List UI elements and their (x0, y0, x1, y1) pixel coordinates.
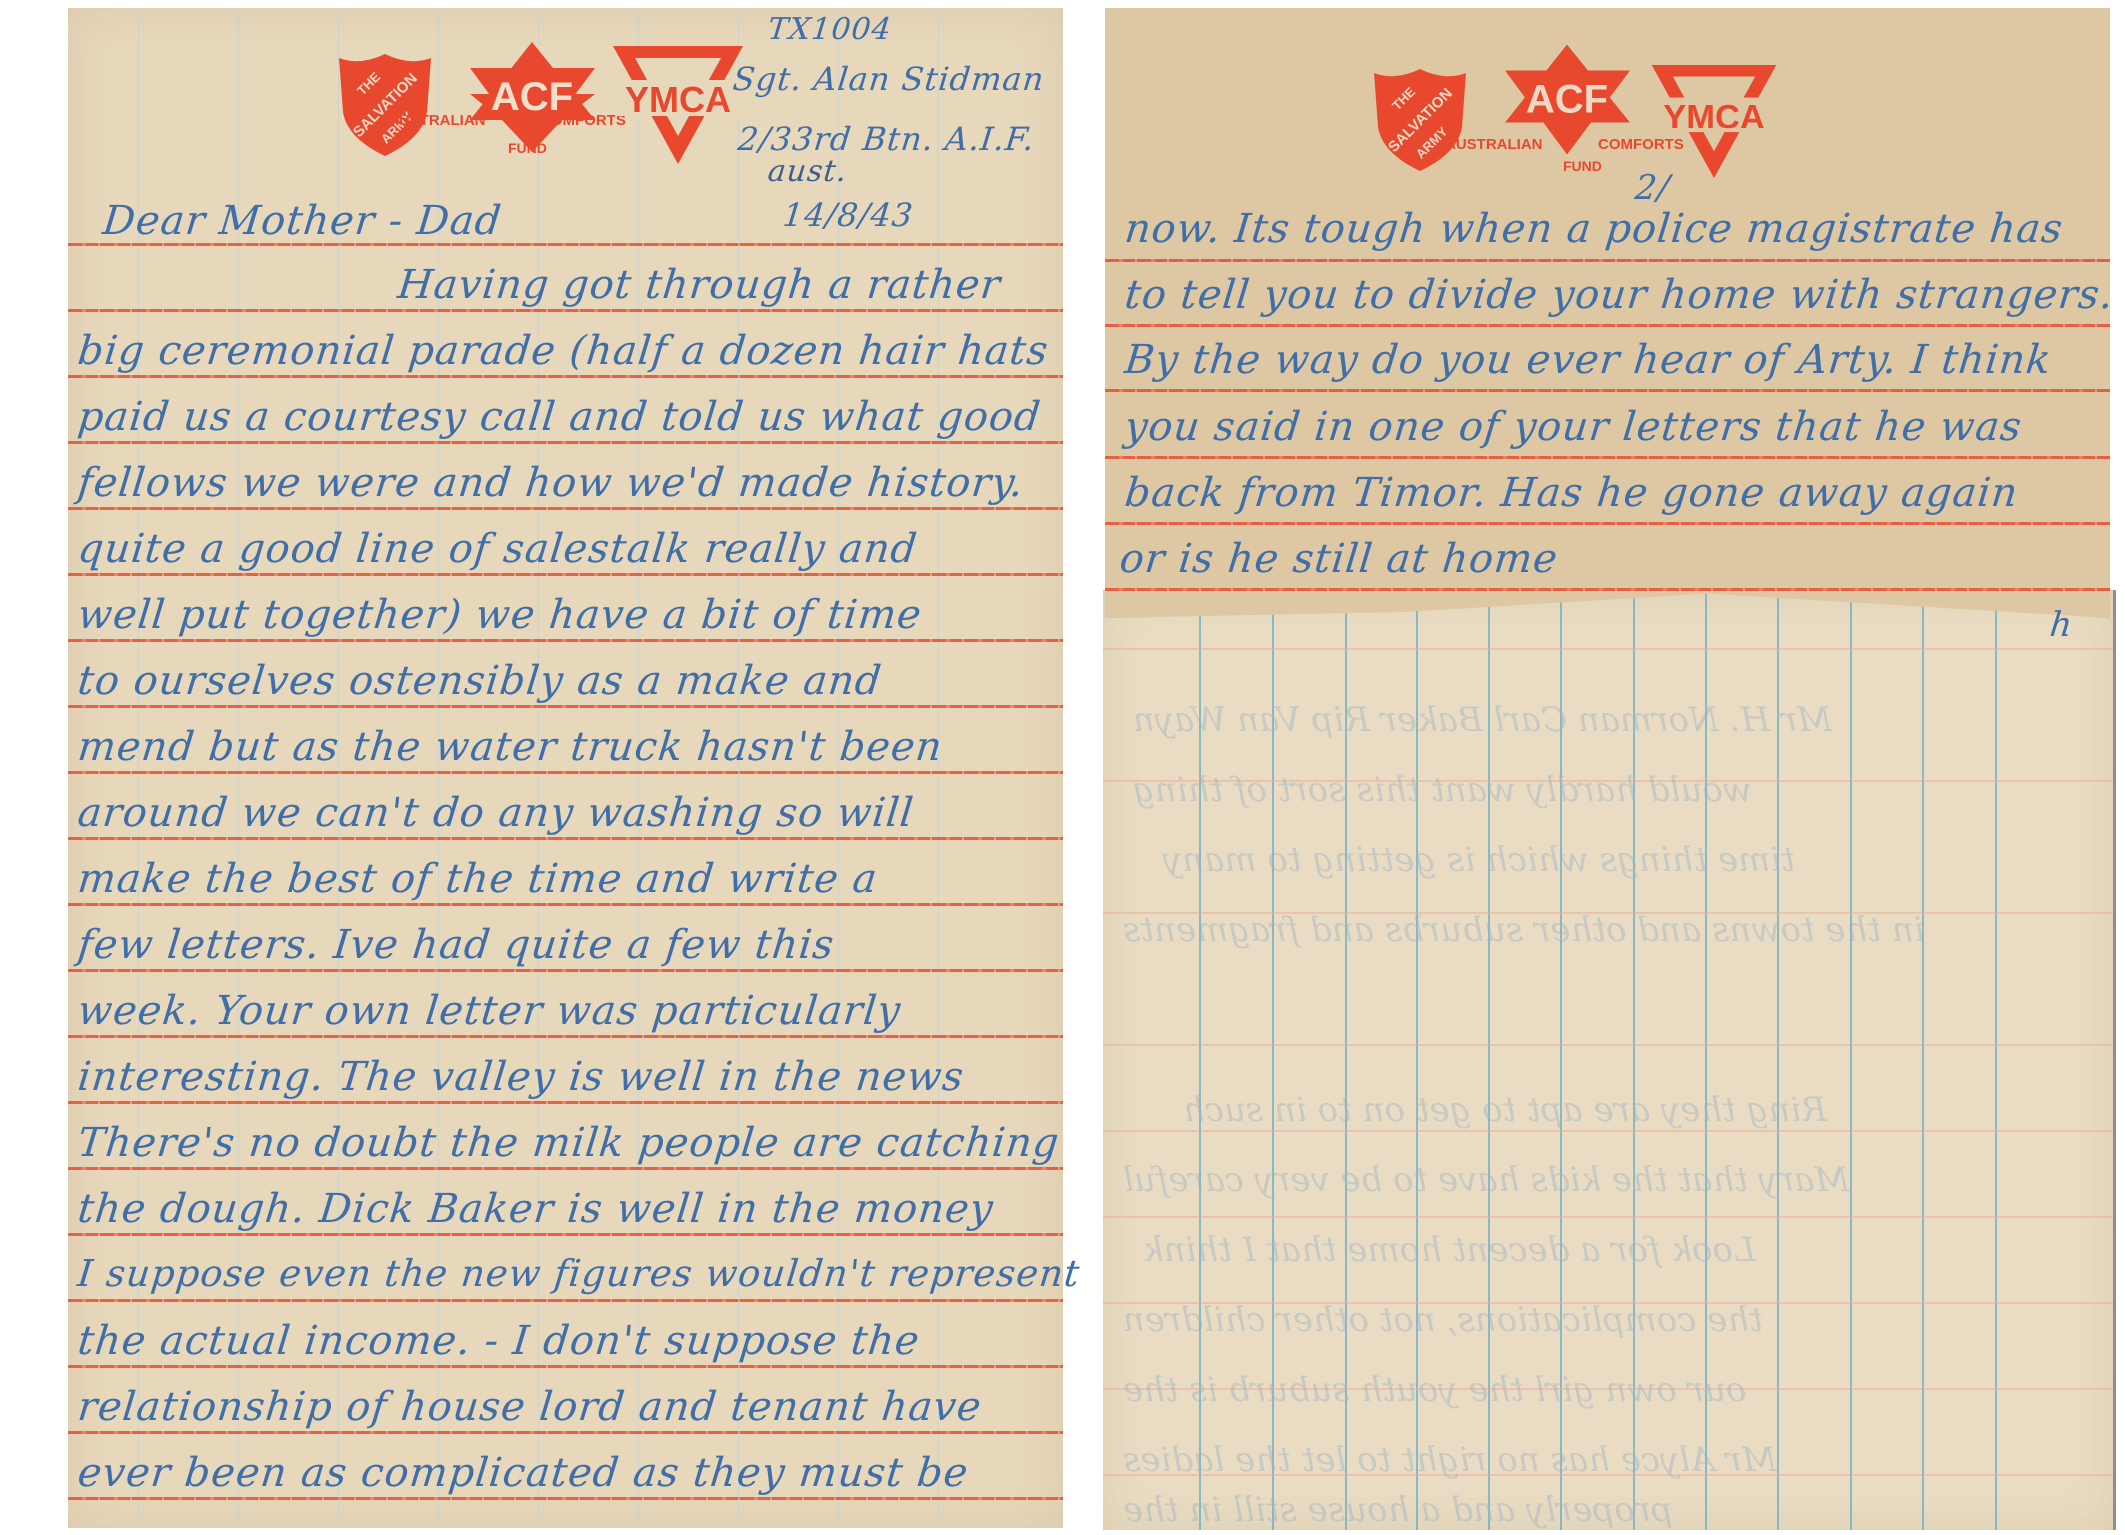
letter-line: make the best of the time and write a (76, 856, 880, 902)
letter-line: you said in one of your letters that he … (1123, 404, 2025, 450)
red-rule (68, 1365, 1063, 1368)
letter-line: few letters. Ive had quite a few this (76, 922, 837, 968)
letter-line: There's no doubt the milk people are cat… (76, 1120, 1062, 1166)
letter-line: the dough. Dick Baker is well in the mon… (76, 1186, 996, 1232)
red-rule (68, 375, 1063, 378)
letter-page-1: SALVATION THE ARMY ACF AUSTRALIAN COMFOR… (68, 8, 1063, 1528)
letter-line: now. Its tough when a police magistrate … (1123, 206, 2066, 252)
red-rule (1105, 259, 2110, 262)
red-rule (68, 1167, 1063, 1170)
svg-text:YMCA: YMCA (625, 79, 731, 120)
sender-country: aust. (766, 154, 849, 189)
acf-caption-left: AUSTRALIAN (388, 112, 486, 129)
bleed-through-line: Mr Alyce has no right to let the ladies (1123, 1440, 1777, 1480)
letter-line: big ceremonial parade (half a dozen hair… (76, 328, 1051, 374)
bleed-through-line: our own girl the youth suburb is the (1123, 1370, 1746, 1410)
service-number: TX1004 (766, 12, 893, 47)
letter-line: well put together) we have a bit of time (76, 592, 925, 638)
red-rule (68, 1233, 1063, 1236)
acf-caption-bottom: FUND (1563, 158, 1602, 174)
salutation: Dear Mother - Dad (101, 198, 504, 244)
svg-text:YMCA: YMCA (1663, 98, 1765, 136)
ymca-triangle-icon: YMCA (613, 46, 743, 166)
faint-rule (1103, 648, 2113, 650)
bleed-through-line: properly and a house still in the (1123, 1490, 1673, 1530)
letter-line: to ourselves ostensibly as a make and (76, 658, 885, 704)
red-rule (68, 771, 1063, 774)
letter-line: By the way do you ever hear of Arty. I t… (1123, 337, 2054, 383)
letter-line: back from Timor. Has he gone away again (1123, 470, 2021, 516)
red-rule (68, 309, 1063, 312)
sender-unit: 2/33rd Btn. A.I.F. (736, 120, 1037, 158)
salvation-army-shield-icon: SALVATION THE ARMY (1370, 65, 1470, 175)
bleed-through-line: Ring they are apt to get on to in such (1183, 1090, 1827, 1130)
red-rule (68, 837, 1063, 840)
letter-line: week. Your own letter was particularly (76, 988, 904, 1034)
ymca-triangle-icon: YMCA (1650, 65, 1778, 180)
red-rule (68, 1431, 1063, 1434)
red-rule (1105, 324, 2110, 327)
acf-caption-left: AUSTRALIAN (1445, 136, 1543, 153)
red-rule (68, 1101, 1063, 1104)
letter-line: quite a good line of salestalk really an… (76, 526, 920, 572)
bleed-through-line: would hardly want this sort of thing (1133, 770, 1752, 810)
letter-line: Having got through a rather (396, 262, 1004, 308)
letter-line: to tell you to divide your home with str… (1123, 272, 2117, 318)
acf-caption-bottom: FUND (508, 140, 547, 156)
letter-line: the actual income. - I don't suppose the (76, 1318, 923, 1364)
faint-rule (1103, 1216, 2113, 1218)
red-rule (68, 639, 1063, 642)
bleed-through-line: in the towns and other suburbs and fragm… (1123, 910, 1925, 950)
letter-line: fellows we were and how we'd made histor… (76, 460, 1027, 506)
red-rule (68, 969, 1063, 972)
red-rule (1105, 588, 2110, 591)
letter-line: ever been as complicated as they must be (76, 1450, 971, 1496)
red-rule (68, 1035, 1063, 1038)
letter-line: paid us a courtesy call and told us what… (76, 394, 1044, 440)
faint-rule (1103, 1044, 2113, 1046)
red-rule (1105, 456, 2110, 459)
letter-date: 14/8/43 (781, 196, 915, 234)
bleed-through-line: the complications, not other children (1123, 1300, 1763, 1340)
page-number: 2/ (1633, 168, 1672, 208)
bleed-through-line: time things which is getting to many (1163, 840, 1795, 880)
red-rule (68, 1497, 1063, 1500)
red-rule (68, 507, 1063, 510)
bleed-through-line: Look for a decent home that I think (1143, 1230, 1756, 1270)
letter-line: or is he still at home (1118, 536, 1561, 582)
bleed-through-line: Mr H. Norman Carl Baker Rip Van Wayn (1133, 700, 1832, 740)
faint-rule (1103, 1130, 2113, 1132)
acf-star-icon: ACF (470, 42, 595, 152)
letter-page-2: SALVATION THE ARMY ACF AUSTRALIAN COMFOR… (1105, 8, 2110, 618)
salvation-army-shield-icon: SALVATION THE ARMY (335, 50, 435, 160)
red-rule (68, 243, 1063, 246)
red-rule (1105, 522, 2110, 525)
red-rule (68, 903, 1063, 906)
letter-line: relationship of house lord and tenant ha… (76, 1384, 985, 1430)
red-rule (68, 441, 1063, 444)
letter-line: mend but as the water truck hasn't been (76, 724, 945, 770)
red-rule (68, 1299, 1063, 1302)
sender-name: Sgt. Alan Stidman (731, 60, 1046, 98)
letter-line: I suppose even the new figures wouldn't … (76, 1252, 1083, 1295)
underlying-sheet: Mr H. Norman Carl Baker Rip Van Wayn wou… (1103, 590, 2116, 1530)
svg-text:ACF: ACF (1526, 78, 1608, 122)
letter-line: interesting. The valley is well in the n… (76, 1054, 967, 1100)
bleed-through-line: Mary that the kids have to be very caref… (1123, 1160, 1849, 1200)
red-rule (1105, 389, 2110, 392)
red-rule (68, 705, 1063, 708)
torn-fragment-text: h (2048, 605, 2075, 645)
letter-line: around we can't do any washing so will (76, 790, 917, 836)
red-rule (68, 573, 1063, 576)
